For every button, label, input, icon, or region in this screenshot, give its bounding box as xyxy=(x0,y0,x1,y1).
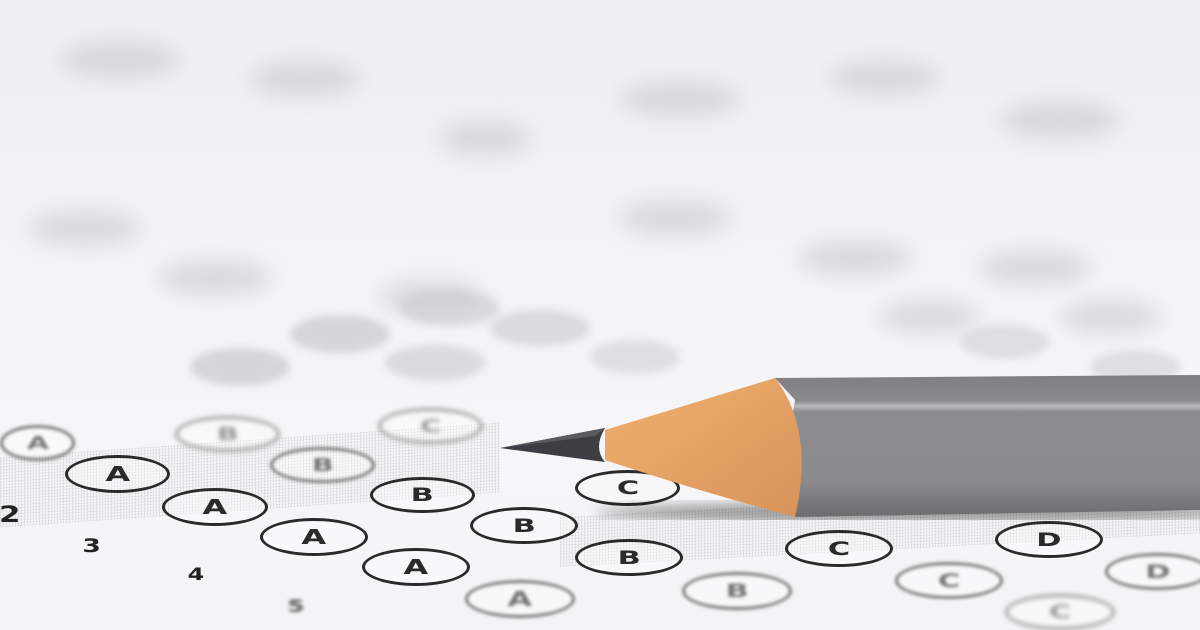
question-number: 3 xyxy=(82,535,101,557)
answer-bubble[interactable]: A xyxy=(362,548,470,586)
question-number: 4 xyxy=(188,565,205,585)
answer-bubble[interactable]: C xyxy=(895,562,1003,599)
answer-bubble[interactable]: A xyxy=(162,488,268,526)
answer-bubble[interactable]: B xyxy=(270,447,375,483)
answer-bubble[interactable]: B xyxy=(575,539,683,576)
answer-bubble[interactable]: D xyxy=(995,521,1103,558)
answer-bubble[interactable]: B xyxy=(175,416,280,452)
photo-scene: 2 3 4 5 A A A A A A B B B B B B C C C C … xyxy=(0,0,1200,630)
question-number: 5 xyxy=(288,597,305,617)
answer-bubble[interactable]: C xyxy=(785,530,893,567)
answer-bubble[interactable]: B xyxy=(370,477,475,513)
answer-bubble[interactable]: A xyxy=(0,425,75,461)
answer-bubble[interactable]: A xyxy=(465,580,575,618)
answer-bubble[interactable]: A xyxy=(260,518,368,556)
question-number: 2 xyxy=(0,503,20,528)
answer-bubble[interactable]: C xyxy=(378,408,483,444)
pencil-icon xyxy=(495,370,1200,520)
answer-bubble[interactable]: D xyxy=(1105,553,1200,590)
answer-bubble[interactable]: B xyxy=(682,572,792,610)
answer-bubble[interactable]: C xyxy=(1005,594,1115,630)
answer-bubble[interactable]: A xyxy=(65,455,170,493)
